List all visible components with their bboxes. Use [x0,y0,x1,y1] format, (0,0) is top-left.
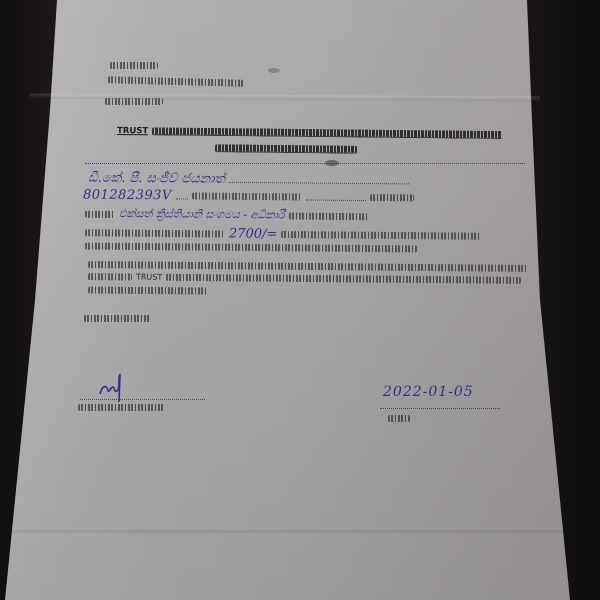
nic-field: 801282393V [83,187,414,206]
salutation-line-1 [110,61,158,70]
heading-trust: TRUST [117,125,148,135]
amount-suffix [281,230,481,239]
paper-sheet [0,0,600,600]
dotted-line [85,156,525,165]
organization-field: එක්සත් ක්‍රිස්තියානි සංගමය - අධිකාරී [85,206,369,224]
paper-fold [10,530,570,533]
name-handwritten: ඩී.කේ. පී. සංජීව් ජයනාත් [88,170,225,186]
date-label [388,414,410,423]
salutation-line-3 [105,97,163,106]
closing-line [84,314,150,323]
amount-handwritten: 2700/= [229,226,277,241]
signature-label [78,403,164,412]
amount-field: 2700/= [85,224,481,243]
heading-text [215,144,357,153]
nic-handwritten: 801282393V [83,187,172,203]
sinhala-text [105,98,163,105]
signature-note [370,194,414,201]
sinhala-text [110,62,158,69]
smudge-mark [268,68,280,73]
body-line [88,285,208,295]
date-handwritten: 2022-01-05 [383,384,474,400]
name-field: ඩී.කේ. පී. සංජීව් ජයනාත් [88,170,409,189]
organization-handwritten: එක්සත් ක්‍රිස්තියානි සංගමය - අධිකාරී [119,207,285,222]
signature-line [80,392,205,401]
nic-label [192,192,302,200]
date-line [380,401,500,410]
closing-text [84,315,150,322]
heading-line-2 [215,143,357,153]
body-trust: TRUST [136,273,162,282]
